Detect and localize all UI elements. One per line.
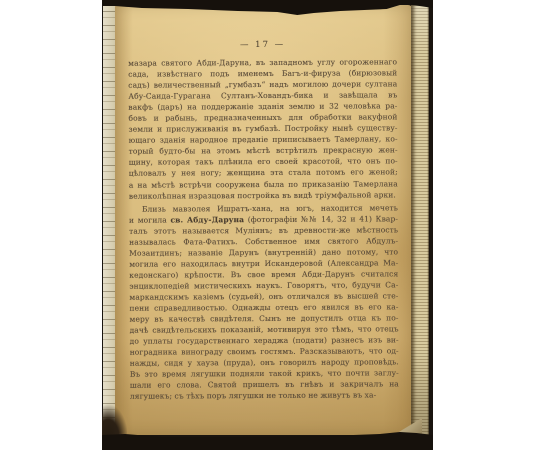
text-line: лягушекъ; съ тѣхъ поръ лягушки не только…	[130, 390, 399, 402]
text-segment: (фотографіи №№ 14, 32 и 41) Квар-	[244, 214, 398, 224]
text-line: а на мѣстѣ встрѣчи сооружена была по при…	[129, 178, 398, 190]
paragraph-2: Близь мавзолея Ишратъ-хана, на югъ, нахо…	[129, 202, 399, 402]
text-line: Близь мавзолея Ишратъ-хана, на югъ, нахо…	[129, 202, 398, 214]
text-segment: и могила	[129, 215, 171, 224]
printed-text-block: — 17 — мазара святого Абди-Даруна, въ за…	[128, 39, 399, 402]
book-photo-scan: — 17 — мазара святого Абди-Даруна, въ за…	[0, 0, 550, 450]
paragraph-1: мазара святого Абди-Даруна, въ западномъ…	[128, 56, 398, 201]
bold-saint-name: св. Абду-Даруна	[170, 215, 244, 224]
text-line: великолѣпная изразцовая постройка въ вид…	[129, 189, 398, 201]
page-number: — 17 —	[128, 39, 397, 50]
right-fore-edge-pages	[411, 3, 429, 437]
text-line: цѣловалъ у нея ногу; женщина эта стала п…	[129, 167, 398, 179]
